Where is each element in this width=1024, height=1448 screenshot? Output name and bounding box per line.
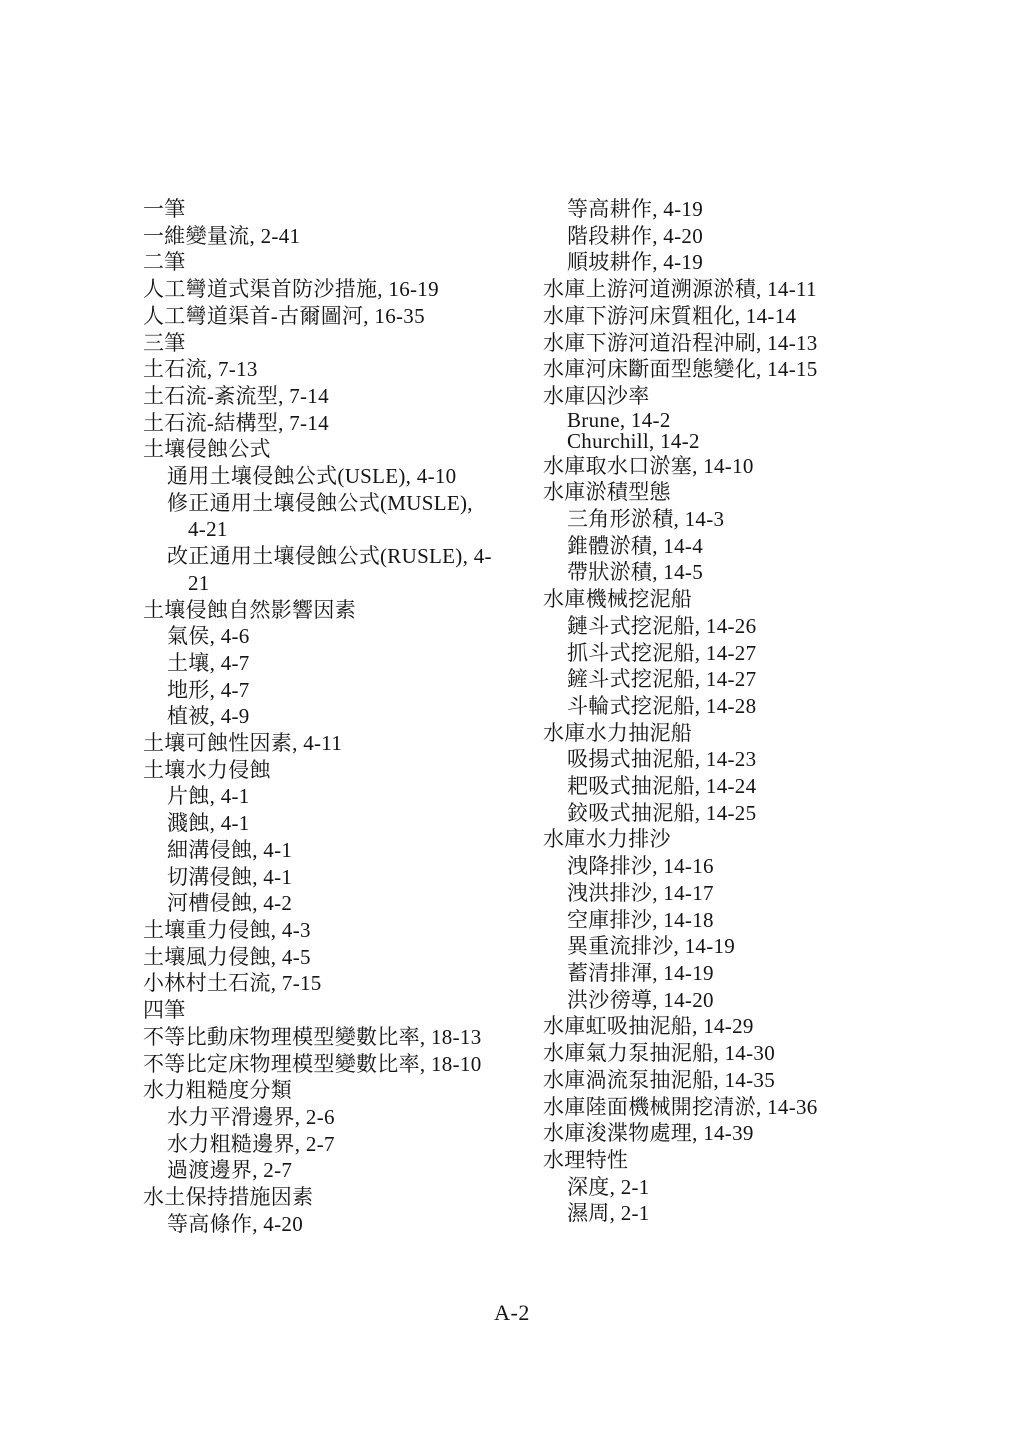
index-entry: 不等比定床物理模型變數比率, 18-10 <box>143 1051 543 1078</box>
index-entry: 地形, 4-7 <box>143 677 543 704</box>
index-entry: 錐體淤積, 14-4 <box>543 533 963 560</box>
index-entry: 水庫浚渫物處理, 14-39 <box>543 1120 963 1147</box>
index-entry: 河槽侵蝕, 4-2 <box>143 890 543 917</box>
index-entry: 水庫陸面機械開挖清淤, 14-36 <box>543 1094 963 1121</box>
page-number: A-2 <box>0 1300 1024 1326</box>
index-entry: 人工彎道渠首-古爾圖河, 16-35 <box>143 303 543 330</box>
index-entry: 水庫淤積型態 <box>543 479 963 506</box>
index-entry: 土壤, 4-7 <box>143 650 543 677</box>
index-entry: 不等比動床物理模型變數比率, 18-13 <box>143 1024 543 1051</box>
index-entry: 濺蝕, 4-1 <box>143 810 543 837</box>
index-entry: 階段耕作, 4-20 <box>543 223 963 250</box>
index-entry: 吸揚式抽泥船, 14-23 <box>543 746 963 773</box>
index-column-left: 一筆一維變量流, 2-41二筆人工彎道式渠首防沙措施, 16-19人工彎道渠首-… <box>143 196 543 1237</box>
index-entry: 水庫上游河道溯源淤積, 14-11 <box>543 276 963 303</box>
index-entry: 水力粗糙度分類 <box>143 1077 543 1104</box>
index-entry: 21 <box>143 570 543 597</box>
index-entry: 水庫下游河道沿程沖刷, 14-13 <box>543 330 963 357</box>
index-entry: 改正通用土壤侵蝕公式(RUSLE), 4- <box>143 543 543 570</box>
index-entry: 鏟斗式挖泥船, 14-27 <box>543 666 963 693</box>
index-entry: 4-21 <box>143 516 543 543</box>
index-entry: 植被, 4-9 <box>143 703 543 730</box>
index-entry: 鏈斗式挖泥船, 14-26 <box>543 613 963 640</box>
index-entry: 通用土壤侵蝕公式(USLE), 4-10 <box>143 463 543 490</box>
index-entry: 水庫下游河床質粗化, 14-14 <box>543 303 963 330</box>
index-entry: 斗輪式挖泥船, 14-28 <box>543 693 963 720</box>
document-page: 一筆一維變量流, 2-41二筆人工彎道式渠首防沙措施, 16-19人工彎道渠首-… <box>0 0 1024 1448</box>
index-entry: 耙吸式抽泥船, 14-24 <box>543 773 963 800</box>
index-entry: 水庫取水口淤塞, 14-10 <box>543 453 963 480</box>
index-entry: 水庫水力排沙 <box>543 826 963 853</box>
index-entry: 人工彎道式渠首防沙措施, 16-19 <box>143 276 543 303</box>
index-entry: 片蝕, 4-1 <box>143 783 543 810</box>
index-entry: 土壤水力侵蝕 <box>143 757 543 784</box>
index-entry: 細溝侵蝕, 4-1 <box>143 837 543 864</box>
index-entry: 三角形淤積, 14-3 <box>543 506 963 533</box>
index-entry: 順坡耕作, 4-19 <box>543 249 963 276</box>
index-entry: 四筆 <box>143 997 543 1024</box>
index-entry: 土壤可蝕性因素, 4-11 <box>143 730 543 757</box>
index-entry: 洩洪排沙, 14-17 <box>543 880 963 907</box>
index-entry: 氣侯, 4-6 <box>143 623 543 650</box>
index-entry: 異重流排沙, 14-19 <box>543 933 963 960</box>
index-entry: 水庫機械挖泥船 <box>543 586 963 613</box>
index-entry: 鉸吸式抽泥船, 14-25 <box>543 800 963 827</box>
index-entry: 等高耕作, 4-19 <box>543 196 963 223</box>
index-entry: 水庫虹吸抽泥船, 14-29 <box>543 1013 963 1040</box>
index-entry: 濕周, 2-1 <box>543 1200 963 1227</box>
index-entry: 蓄清排渾, 14-19 <box>543 960 963 987</box>
index-entry: 過渡邊界, 2-7 <box>143 1157 543 1184</box>
index-entry: 水庫水力抽泥船 <box>543 720 963 747</box>
index-entry: 小林村土石流, 7-15 <box>143 970 543 997</box>
index-entry: 土壤侵蝕自然影響因素 <box>143 597 543 624</box>
index-column-right: 等高耕作, 4-19階段耕作, 4-20順坡耕作, 4-19水庫上游河道溯源淤積… <box>543 196 963 1227</box>
index-entry: Churchill, 14-2 <box>543 431 963 453</box>
index-entry: Brune, 14-2 <box>543 410 963 432</box>
index-entry: 土壤風力侵蝕, 4-5 <box>143 944 543 971</box>
index-entry: 等高條作, 4-20 <box>143 1211 543 1238</box>
index-entry: 土石流-紊流型, 7-14 <box>143 383 543 410</box>
index-entry: 水力粗糙邊界, 2-7 <box>143 1131 543 1158</box>
index-entry: 水庫氣力泵抽泥船, 14-30 <box>543 1040 963 1067</box>
index-entry: 水理特性 <box>543 1147 963 1174</box>
index-entry: 水土保持措施因素 <box>143 1184 543 1211</box>
index-entry: 一筆 <box>143 196 543 223</box>
index-entry: 帶狀淤積, 14-5 <box>543 559 963 586</box>
index-entry: 水庫渦流泵抽泥船, 14-35 <box>543 1067 963 1094</box>
index-entry: 三筆 <box>143 330 543 357</box>
index-entry: 一維變量流, 2-41 <box>143 223 543 250</box>
index-entry: 修正通用土壤侵蝕公式(MUSLE), <box>143 490 543 517</box>
index-entry: 土石流, 7-13 <box>143 356 543 383</box>
index-entry: 水庫河床斷面型態變化, 14-15 <box>543 356 963 383</box>
index-entry: 土石流-結構型, 7-14 <box>143 410 543 437</box>
index-entry: 水力平滑邊界, 2-6 <box>143 1104 543 1131</box>
index-entry: 洪沙徬導, 14-20 <box>543 987 963 1014</box>
index-entry: 深度, 2-1 <box>543 1174 963 1201</box>
index-entry: 水庫囚沙率 <box>543 383 963 410</box>
index-entry: 土壤重力侵蝕, 4-3 <box>143 917 543 944</box>
index-entry: 切溝侵蝕, 4-1 <box>143 864 543 891</box>
index-entry: 空庫排沙, 14-18 <box>543 907 963 934</box>
index-entry: 洩降排沙, 14-16 <box>543 853 963 880</box>
index-entry: 二筆 <box>143 249 543 276</box>
index-entry: 抓斗式挖泥船, 14-27 <box>543 640 963 667</box>
index-entry: 土壤侵蝕公式 <box>143 436 543 463</box>
